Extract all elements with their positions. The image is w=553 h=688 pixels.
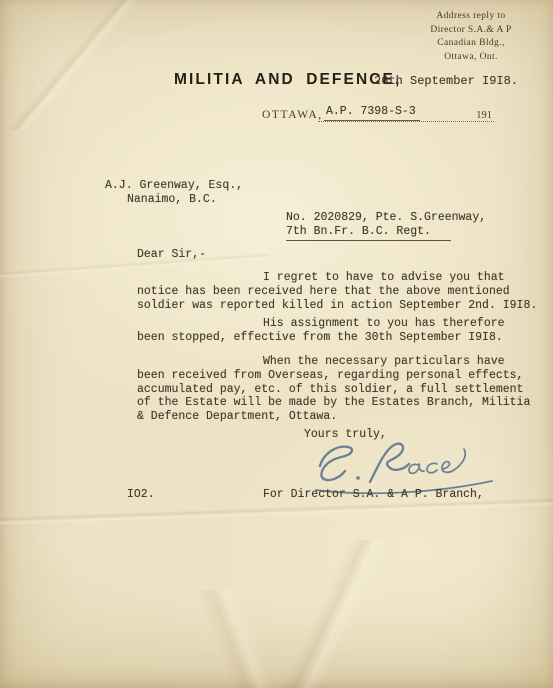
addressee-city: Nanaimo, B.C. bbox=[127, 193, 243, 207]
reply-address-line: Canadian Bldg., bbox=[398, 37, 544, 51]
letter-document: Address reply to Director S.A.& A P Cana… bbox=[0, 0, 553, 688]
body-line: notice has been received here that the a… bbox=[137, 285, 537, 299]
body-line: accumulated pay, etc. of this soldier, a… bbox=[137, 383, 530, 397]
body-line: soldier was reported killed in action Se… bbox=[137, 299, 537, 313]
reply-address-line: Ottawa, Ont. bbox=[398, 51, 544, 65]
reply-address-block: Address reply to Director S.A.& A P Cana… bbox=[398, 10, 544, 64]
body-line: been received from Overseas, regarding p… bbox=[137, 369, 530, 383]
body-line: When the necessary particulars have bbox=[137, 355, 530, 369]
signed-on-behalf-line: For Director S.A. & A P. Branch, bbox=[263, 488, 484, 502]
addressee-name: A.J. Greenway, Esq., bbox=[105, 179, 243, 193]
addressee-block: A.J. Greenway, Esq., Nanaimo, B.C. bbox=[105, 179, 243, 207]
ottawa-dateline: OTTAWA, A.P. 7398-S-3 191 bbox=[262, 105, 496, 124]
letter-date: 26th September I9I8. bbox=[374, 75, 518, 89]
soldier-regiment-line: 7th Bn.Fr. B.C. Regt. bbox=[286, 225, 451, 241]
body-line: I regret to have to advise you that bbox=[137, 271, 537, 285]
body-line: & Defence Department, Ottawa. bbox=[137, 410, 530, 424]
soldier-number-line: No. 2020829, Pte. S.Greenway, bbox=[286, 211, 486, 225]
paper-crease bbox=[180, 540, 480, 688]
salutation: Dear Sir,- bbox=[137, 248, 206, 262]
printed-year-prefix: 191 bbox=[476, 110, 492, 121]
reply-address-line: Director S.A.& A P bbox=[398, 24, 544, 38]
body-line: been stopped, effective from the 30th Se… bbox=[137, 331, 505, 345]
file-number: IO2. bbox=[127, 488, 155, 502]
ottawa-city-label: OTTAWA, bbox=[262, 109, 323, 121]
paper-crease bbox=[40, 590, 420, 688]
paragraph-3: When the necessary particulars have been… bbox=[137, 355, 530, 424]
letterhead-title: MILITIA AND DEFENCE, bbox=[174, 71, 401, 89]
paper-crease bbox=[0, 0, 190, 130]
paragraph-1: I regret to have to advise you that noti… bbox=[137, 271, 537, 312]
soldier-reference-block: No. 2020829, Pte. S.Greenway, 7th Bn.Fr.… bbox=[286, 211, 486, 241]
file-reference-number: A.P. 7398-S-3 bbox=[324, 105, 420, 121]
body-line: of the Estate will be made by the Estate… bbox=[137, 396, 530, 410]
body-line: His assignment to you has therefore bbox=[137, 317, 505, 331]
dotted-leader-line bbox=[318, 121, 494, 122]
paragraph-2: His assignment to you has therefore been… bbox=[137, 317, 505, 345]
reply-address-line: Address reply to bbox=[398, 10, 544, 24]
